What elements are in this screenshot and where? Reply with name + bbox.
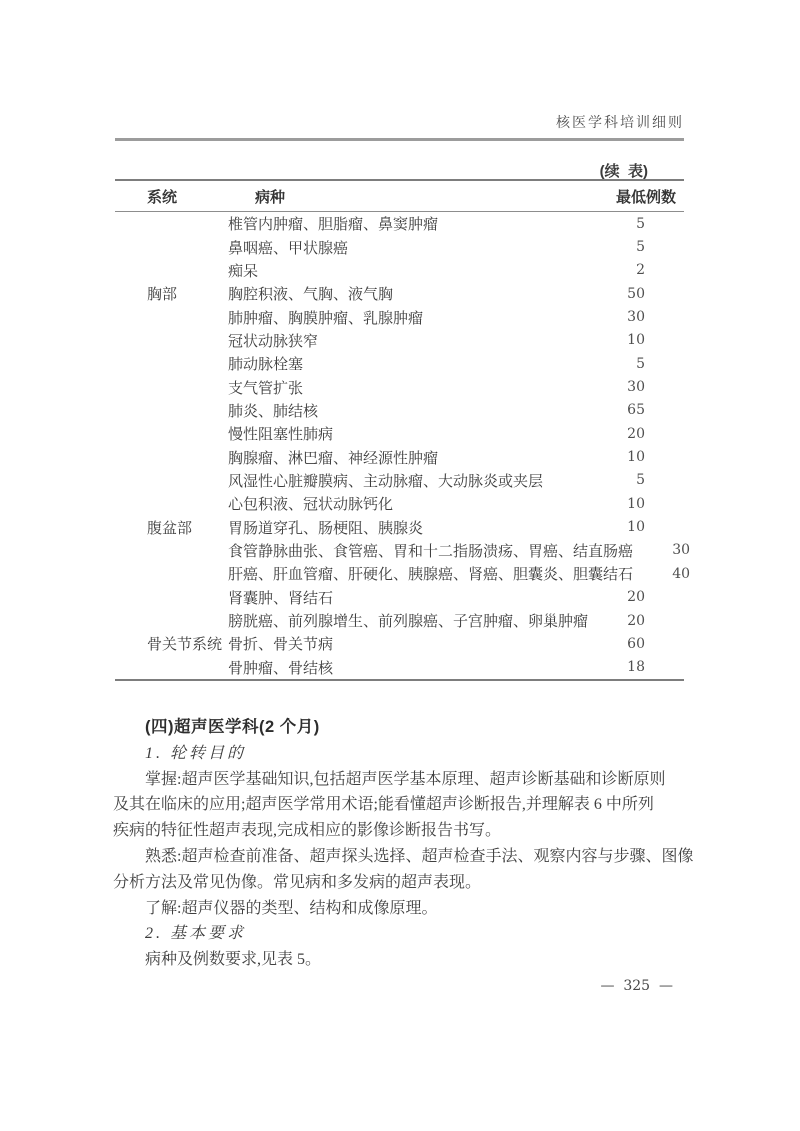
cell-min-cases: 10 bbox=[588, 332, 684, 348]
table-row: 风湿性心脏瓣膜病、主动脉瘤、大动脉炎或夹层 5 bbox=[113, 469, 684, 492]
cell-min-cases: 10 bbox=[588, 449, 684, 465]
table-row: 腹盆部 胃肠道穿孔、肠梗阻、胰腺炎 10 bbox=[113, 515, 684, 538]
table-row: 胸腺瘤、淋巴瘤、神经源性肿瘤 10 bbox=[113, 445, 684, 468]
table-row: 肝癌、肝血管瘤、肝硬化、胰腺癌、肾癌、胆囊炎、胆囊结石 40 bbox=[113, 562, 684, 585]
table-row: 胸部 胸腔积液、气胸、液气胸 50 bbox=[113, 282, 684, 305]
col-header-min-cases: 最低例数 bbox=[588, 186, 684, 207]
body-text-line: 了解:超声仪器的类型、结构和成像原理。 bbox=[113, 896, 684, 922]
running-head-title: 核医学科培训细则 bbox=[113, 112, 684, 132]
cell-disease: 骨折、骨关节病 bbox=[228, 633, 588, 654]
cell-disease: 风湿性心脏瓣膜病、主动脉瘤、大动脉炎或夹层 bbox=[228, 470, 588, 491]
table-row: 肺肿瘤、胸膜肿瘤、乳腺肿瘤 30 bbox=[113, 305, 684, 328]
cell-disease: 肺动脉栓塞 bbox=[228, 353, 588, 374]
table-row: 鼻咽癌、甲状腺癌 5 bbox=[113, 235, 684, 258]
cell-disease: 肝癌、肝血管瘤、肝硬化、胰腺癌、肾癌、胆囊炎、胆囊结石 bbox=[228, 563, 633, 584]
body-text-line: 分析方法及常见伪像。常见病和多发病的超声表现。 bbox=[113, 870, 684, 896]
cell-min-cases: 60 bbox=[588, 636, 684, 652]
cell-disease: 冠状动脉狭窄 bbox=[228, 330, 588, 351]
cell-min-cases: 5 bbox=[588, 356, 684, 372]
table-row: 痴呆 2 bbox=[113, 259, 684, 282]
table-row: 膀胱癌、前列腺增生、前列腺癌、子宫肿瘤、卵巢肿瘤 20 bbox=[113, 609, 684, 632]
body-text-line: 熟悉:超声检查前准备、超声探头选择、超声检查手法、观察内容与步骤、图像 bbox=[113, 844, 684, 870]
cell-disease: 食管静脉曲张、食管癌、胃和十二指肠溃疡、胃癌、结直肠癌 bbox=[228, 540, 633, 561]
table-continuation-note: (续 表) bbox=[113, 160, 684, 181]
section-subitem-2: 2. 基本要求 bbox=[113, 921, 684, 947]
body-text-line: 及其在临床的应用;超声医学常用术语;能看懂超声诊断报告,并理解表 6 中所列 bbox=[113, 792, 684, 818]
section-subitem-1: 1. 轮转目的 bbox=[113, 741, 684, 767]
cell-disease: 慢性阻塞性肺病 bbox=[228, 423, 588, 444]
cell-disease: 肺炎、肺结核 bbox=[228, 400, 588, 421]
cell-system: 骨关节系统 bbox=[113, 633, 228, 654]
cell-disease: 胸腺瘤、淋巴瘤、神经源性肿瘤 bbox=[228, 447, 588, 468]
cell-min-cases: 5 bbox=[588, 216, 684, 232]
cell-disease: 鼻咽癌、甲状腺癌 bbox=[228, 237, 588, 258]
table-row: 食管静脉曲张、食管癌、胃和十二指肠溃疡、胃癌、结直肠癌 30 bbox=[113, 539, 684, 562]
cell-min-cases: 18 bbox=[588, 659, 684, 675]
cell-disease: 胃肠道穿孔、肠梗阻、胰腺炎 bbox=[228, 517, 588, 538]
cell-system: 胸部 bbox=[113, 283, 228, 304]
table-row: 肾囊肿、肾结石 20 bbox=[113, 586, 684, 609]
table-rows: 椎管内肿瘤、胆脂瘤、鼻窦肿瘤 5 鼻咽癌、甲状腺癌 5 痴呆 2 胸部 胸腔积液… bbox=[113, 212, 684, 679]
body-text-line: 病种及例数要求,见表 5。 bbox=[113, 947, 684, 973]
cell-disease: 胸腔积液、气胸、液气胸 bbox=[228, 283, 588, 304]
cell-disease: 痴呆 bbox=[228, 260, 588, 281]
cell-disease: 心包积液、冠状动脉钙化 bbox=[228, 493, 588, 514]
table-row: 支气管扩张 30 bbox=[113, 375, 684, 398]
cell-min-cases: 10 bbox=[588, 496, 684, 512]
col-header-system: 系统 bbox=[113, 186, 228, 207]
cell-min-cases: 5 bbox=[588, 239, 684, 255]
section-text: (四)超声医学科(2 个月)1. 轮转目的掌握:超声医学基础知识,包括超声医学基… bbox=[113, 715, 684, 973]
table-row: 椎管内肿瘤、胆脂瘤、鼻窦肿瘤 5 bbox=[113, 212, 684, 235]
cell-disease: 膀胱癌、前列腺增生、前列腺癌、子宫肿瘤、卵巢肿瘤 bbox=[228, 610, 588, 631]
cell-disease: 支气管扩张 bbox=[228, 377, 588, 398]
table-row: 肺动脉栓塞 5 bbox=[113, 352, 684, 375]
cell-min-cases: 30 bbox=[588, 309, 684, 325]
cell-min-cases: 30 bbox=[588, 379, 684, 395]
table-row: 心包积液、冠状动脉钙化 10 bbox=[113, 492, 684, 515]
cell-min-cases: 20 bbox=[588, 589, 684, 605]
cell-min-cases: 65 bbox=[588, 402, 684, 418]
cell-min-cases: 30 bbox=[633, 542, 729, 558]
cell-min-cases: 50 bbox=[588, 286, 684, 302]
section-heading: (四)超声医学科(2 个月) bbox=[113, 715, 684, 741]
page-number: — 325 — bbox=[113, 978, 684, 994]
cell-system: 腹盆部 bbox=[113, 517, 228, 538]
table-row: 冠状动脉狭窄 10 bbox=[113, 329, 684, 352]
cell-min-cases: 5 bbox=[588, 472, 684, 488]
table-row: 骨关节系统 骨折、骨关节病 60 bbox=[113, 632, 684, 655]
table-bottom-rule bbox=[115, 679, 684, 681]
col-header-disease: 病种 bbox=[228, 186, 588, 207]
cell-min-cases: 2 bbox=[588, 262, 684, 278]
document-page: 核医学科培训细则 (续 表) 系统 病种 最低例数 椎管内肿瘤、胆脂瘤、鼻窦肿瘤… bbox=[0, 0, 800, 1131]
cell-min-cases: 40 bbox=[633, 566, 729, 582]
cell-disease: 椎管内肿瘤、胆脂瘤、鼻窦肿瘤 bbox=[228, 213, 588, 234]
cell-min-cases: 20 bbox=[588, 613, 684, 629]
table-row: 慢性阻塞性肺病 20 bbox=[113, 422, 684, 445]
cell-disease: 肾囊肿、肾结石 bbox=[228, 587, 588, 608]
cell-min-cases: 20 bbox=[588, 426, 684, 442]
table-header-row: 系统 病种 最低例数 bbox=[113, 181, 684, 211]
body-text-line: 疾病的特征性超声表现,完成相应的影像诊断报告书写。 bbox=[113, 818, 684, 844]
cell-disease: 肺肿瘤、胸膜肿瘤、乳腺肿瘤 bbox=[228, 307, 588, 328]
cell-min-cases: 10 bbox=[588, 519, 684, 535]
table-row: 肺炎、肺结核 65 bbox=[113, 399, 684, 422]
cell-disease: 骨肿瘤、骨结核 bbox=[228, 657, 588, 678]
body-text-line: 掌握:超声医学基础知识,包括超声医学基本原理、超声诊断基础和诊断原则 bbox=[113, 767, 684, 793]
running-head-divider bbox=[115, 138, 684, 141]
table-row: 骨肿瘤、骨结核 18 bbox=[113, 656, 684, 679]
